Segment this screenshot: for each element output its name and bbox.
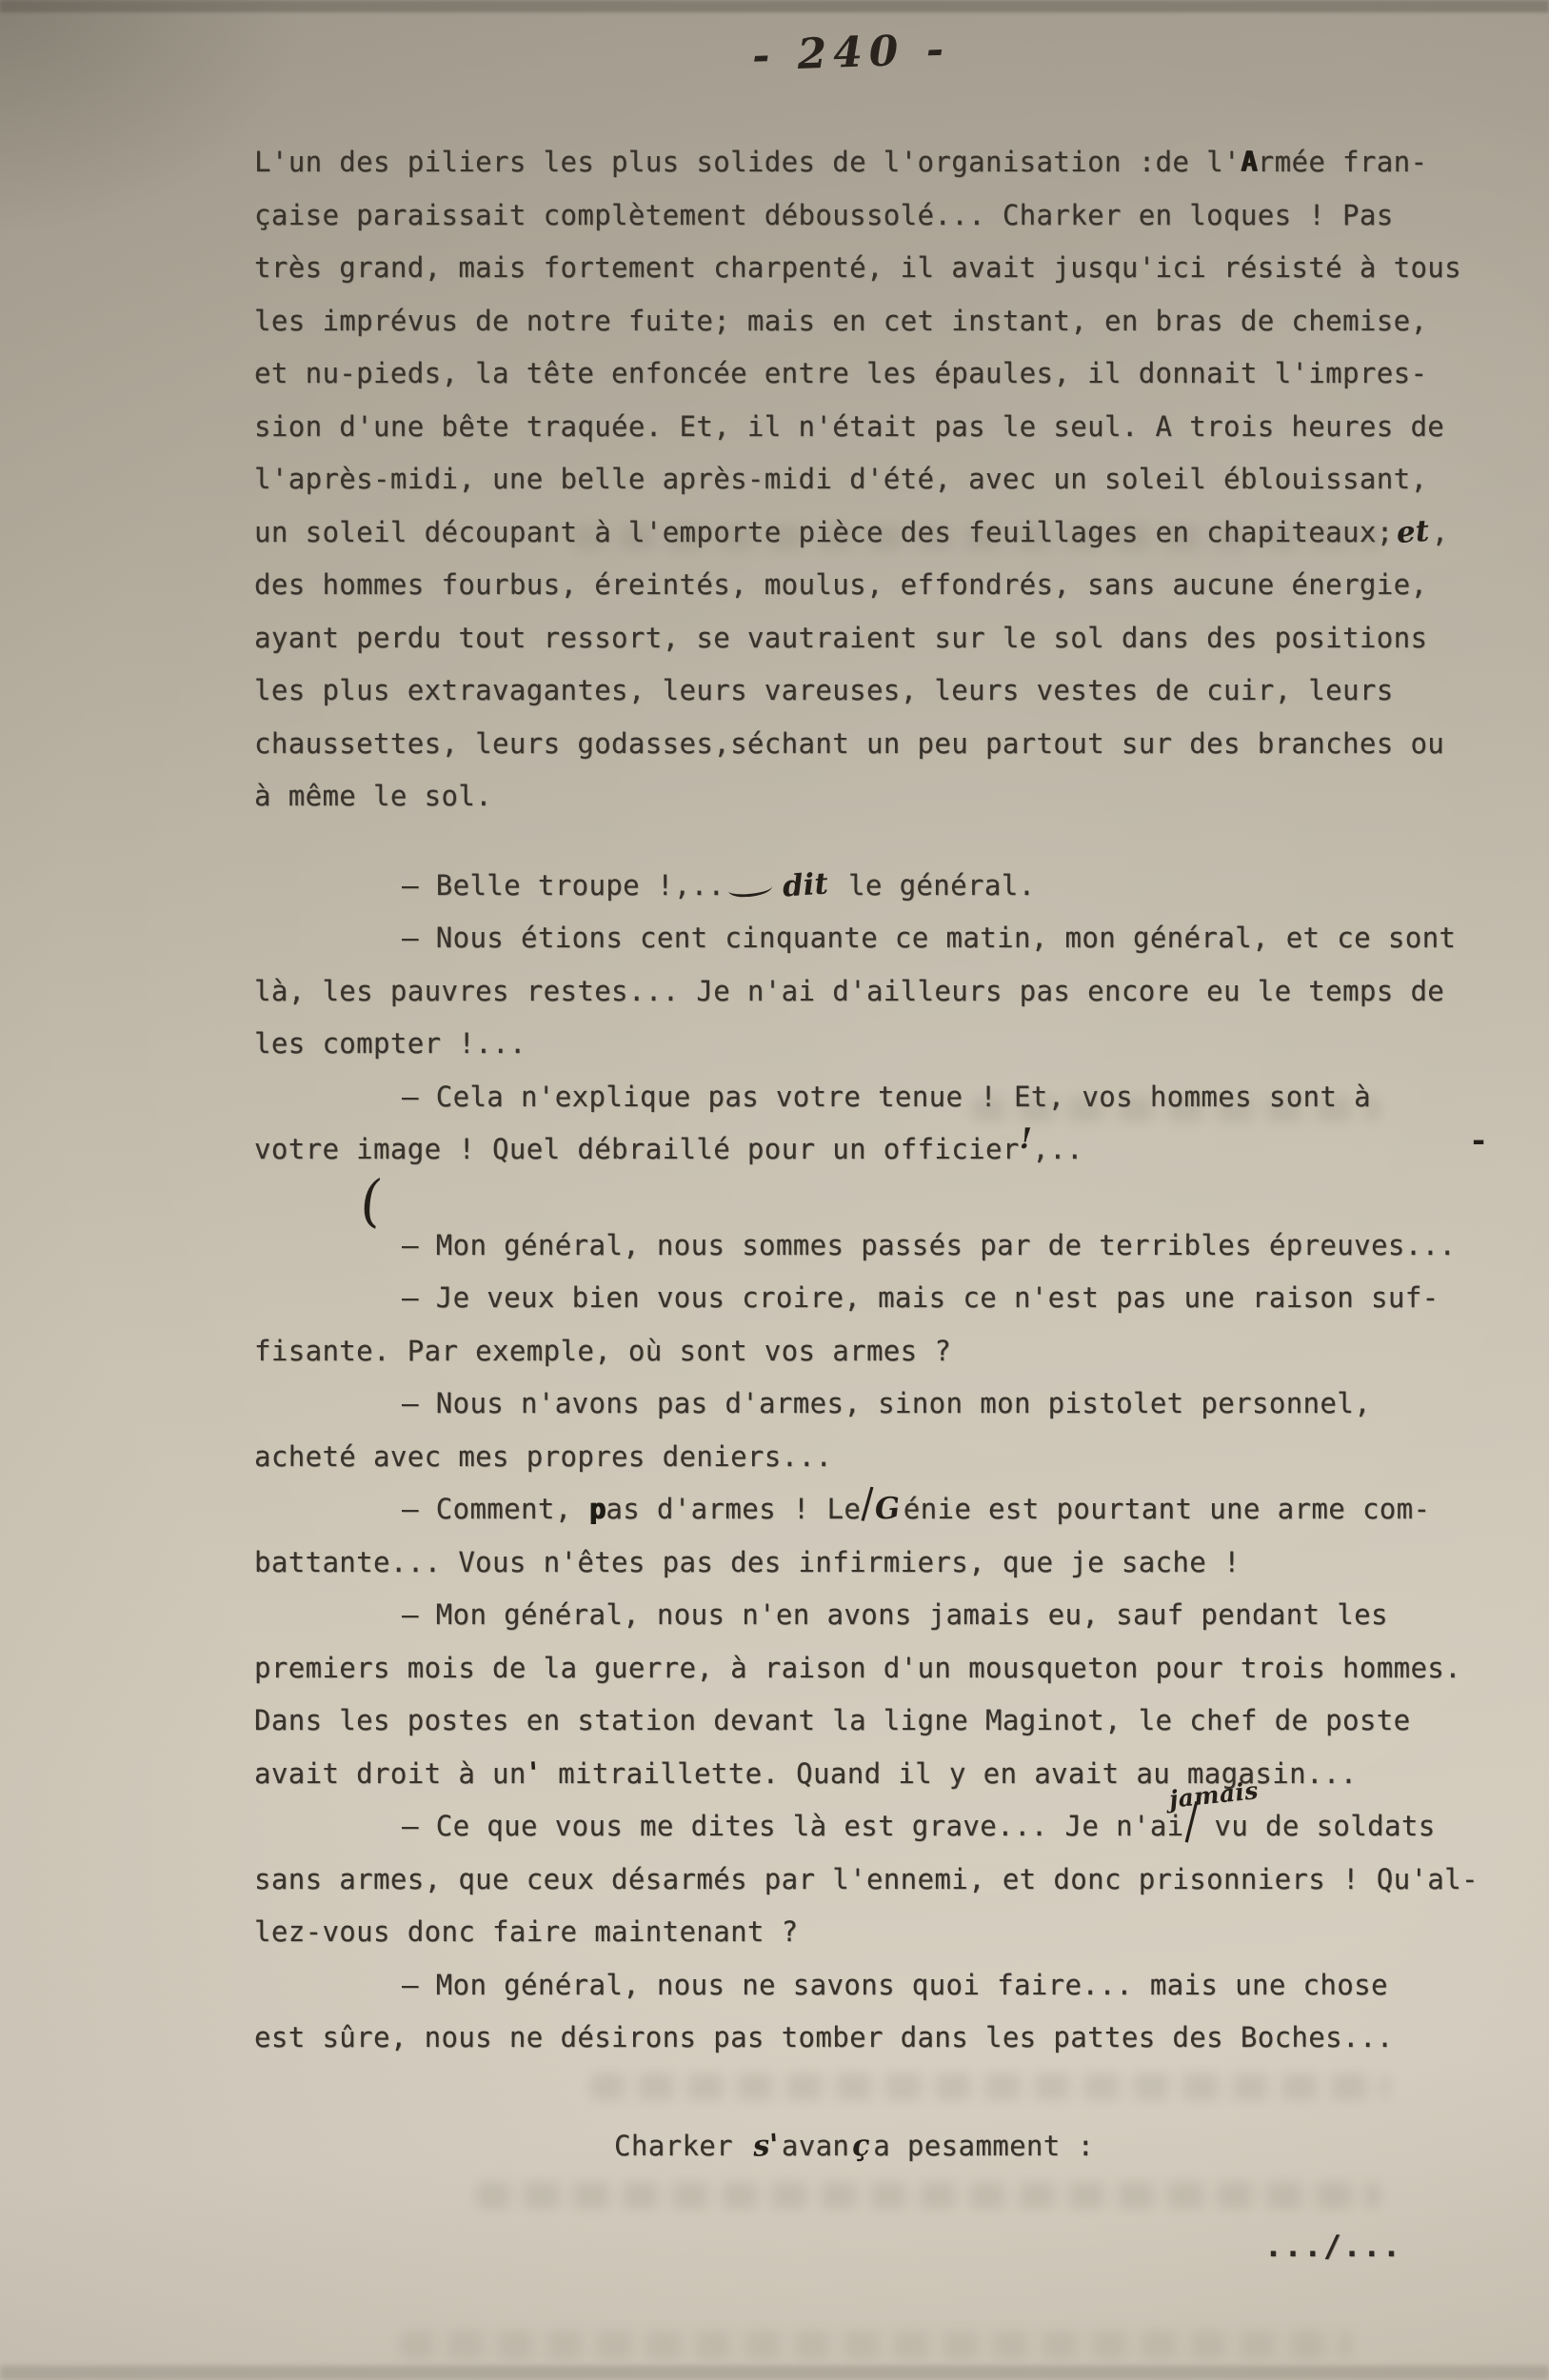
typed-text: – Mon général, nous n'en avons jamais eu…: [402, 1598, 1388, 1631]
typed-text: Dans les postes en station devant la lig…: [254, 1704, 1410, 1736]
typed-text: lez-vous donc faire maintenant ?: [254, 1915, 799, 1948]
typed-text: ,..: [1032, 1133, 1083, 1165]
paper-background: - 240 - L'un des piliers les plus solide…: [0, 0, 1549, 2380]
typed-text: – Cela n'explique pas votre tenue ! Et, …: [402, 1081, 1371, 1113]
text-line: – Mon général, nous n'en avons jamais eu…: [254, 1589, 1492, 1642]
page-number: - 240 -: [751, 25, 951, 80]
typed-text: a pesamment :: [873, 2130, 1094, 2162]
typed-text: – Nous n'avons pas d'armes, sinon mon pi…: [402, 1387, 1371, 1419]
handwritten-correction: et: [1392, 505, 1434, 560]
typed-text: à même le sol.: [254, 780, 492, 812]
handwritten-correction: G: [870, 1482, 904, 1537]
text-line: – Je veux bien vous croire, mais ce n'es…: [254, 1272, 1492, 1325]
typed-text: ayant perdu tout ressort, se vautraient …: [254, 622, 1427, 654]
text-line: chaussettes, leurs godasses,séchant un p…: [254, 718, 1492, 771]
text-line: – Mon général, nous ne savons quoi faire…: [254, 1959, 1492, 2013]
text-line: – Nous étions cent cinquante ce matin, m…: [254, 912, 1492, 965]
text-line: – Ce que vous me dites là est grave... J…: [254, 1800, 1492, 1854]
text-line: les plus extravagantes, leurs vareuses, …: [254, 664, 1492, 718]
typed-text: les plus extravagantes, leurs vareuses, …: [254, 674, 1394, 706]
typed-text: – Belle troupe !,..: [402, 869, 725, 902]
text-line: les compter !...: [254, 1018, 1492, 1071]
typed-text: très grand, mais fortement charpenté, il…: [254, 251, 1461, 284]
typed-text: le général.: [831, 869, 1035, 902]
typed-text: – Nous étions cent cinquante ce matin, m…: [402, 922, 1456, 954]
typed-text: rmée fran-: [1258, 146, 1428, 178]
text-line: çaise paraissait complètement déboussolé…: [254, 189, 1492, 243]
bleed-through-smudge: [400, 2330, 1352, 2359]
typed-text: Charker: [614, 2130, 750, 2162]
text-line: – Cela n'explique pas votre tenue ! Et, …: [254, 1071, 1492, 1124]
text-line: – Mon général, nous sommes passés par de…: [254, 1220, 1492, 1273]
text-line: très grand, mais fortement charpenté, il…: [254, 242, 1492, 295]
handwritten-correction: ç: [847, 2119, 875, 2173]
text-line: un soleil découpant à l'emporte pièce de…: [254, 506, 1492, 560]
text-line: – Nous n'avons pas d'armes, sinon mon pi…: [254, 1378, 1492, 1431]
typed-text: – Mon général, nous ne savons quoi faire…: [402, 1969, 1388, 2001]
text-line: L'un des piliers les plus solides de l'o…: [254, 136, 1492, 189]
typed-text: l'après-midi, une belle après-midi d'été…: [254, 463, 1427, 495]
typed-text: là, les pauvres restes... Je n'ai d'aill…: [254, 975, 1444, 1007]
text-line: des hommes fourbus, éreintés, moulus, ef…: [254, 559, 1492, 612]
text-line: ayant perdu tout ressort, se vautraient …: [254, 612, 1492, 665]
bleed-through-smudge: [476, 2182, 1380, 2209]
typed-text: les compter !...: [254, 1027, 526, 1060]
text-line: premiers mois de la guerre, à raison d'u…: [254, 1642, 1492, 1696]
inserted-word: jamais: [1166, 1764, 1261, 1826]
text-line: est sûre, nous ne désirons pas tomber da…: [254, 2012, 1492, 2065]
strikeout-scribble: [728, 879, 773, 897]
text-line: sans armes, que ceux désarmés par l'enne…: [254, 1854, 1492, 1907]
typed-text: avan: [782, 2130, 849, 2162]
typescript-page: { "page": { "number": "- 240 -", "contin…: [0, 0, 1549, 2380]
typed-text: battante... Vous n'êtes pas des infirmie…: [254, 1546, 1241, 1578]
typed-text: – Ce que vous me dites là est grave... J…: [402, 1810, 1184, 1842]
text-line: les imprévus de notre fuite; mais en cet…: [254, 295, 1492, 348]
text-line: sion d'une bête traquée. Et, il n'était …: [254, 401, 1492, 454]
typed-text: avait droit à un: [254, 1757, 526, 1790]
typed-text: – Je veux bien vous croire, mais ce n'es…: [402, 1281, 1439, 1314]
text-line: Dans les postes en station devant la lig…: [254, 1695, 1492, 1748]
typed-text: sans armes, que ceux désarmés par l'enne…: [254, 1863, 1479, 1895]
handwritten-correction: ': [525, 1747, 543, 1800]
overstruck-letter: A: [1241, 146, 1258, 178]
typed-text: premiers mois de la guerre, à raison d'u…: [254, 1652, 1461, 1684]
typed-text: acheté avec mes propres deniers...: [254, 1440, 832, 1473]
text-line: battante... Vous n'êtes pas des infirmie…: [254, 1537, 1492, 1590]
typed-text: chaussettes, leurs godasses,séchant un p…: [254, 727, 1444, 760]
typed-text: est sûre, nous ne désirons pas tomber da…: [254, 2021, 1394, 2053]
text-line: fisante. Par exemple, où sont vos armes …: [254, 1325, 1492, 1378]
text-line: – Comment, pas d'armes ! Le/Génie est po…: [254, 1483, 1492, 1537]
paper-edge-bottom: [0, 2366, 1549, 2380]
insertion-caret: /jamais: [1184, 1800, 1198, 1854]
typed-text: un soleil découpant à l'emporte pièce de…: [254, 516, 1394, 548]
typed-text: L'un des piliers les plus solides de l'o…: [254, 146, 1241, 178]
text-line: votre image ! Quel débraillé pour un off…: [254, 1123, 1492, 1177]
typed-text: les imprévus de notre fuite; mais en cet…: [254, 305, 1427, 337]
text-line: à même le sol.: [254, 770, 1492, 823]
text-line: lez-vous donc faire maintenant ?: [254, 1906, 1492, 1959]
text-line: – Belle troupe !,..dit le général.: [254, 860, 1492, 913]
text-line: et nu-pieds, la tête enfoncée entre les …: [254, 347, 1492, 401]
raised-exclamation: !: [1020, 1113, 1033, 1166]
typed-text: fisante. Par exemple, où sont vos armes …: [254, 1335, 951, 1367]
handwritten-correction: s': [748, 2118, 784, 2173]
handwritten-correction: dit: [778, 858, 833, 914]
text-line: Charker s'avança pesamment :: [254, 2120, 1492, 2173]
text-line: avait droit à un' mitraillette. Quand il…: [254, 1748, 1492, 1801]
typed-text: – Comment,: [402, 1493, 588, 1525]
continuation-mark: .../...: [1264, 2230, 1402, 2264]
typed-text: ,: [1432, 516, 1449, 548]
paper-edge-top: [0, 0, 1549, 12]
body-text: L'un des piliers les plus solides de l'o…: [254, 136, 1492, 2172]
typed-text: çaise paraissait complètement déboussolé…: [254, 199, 1394, 231]
typed-text: des hommes fourbus, éreintés, moulus, ef…: [254, 568, 1427, 601]
typed-text: – Mon général, nous sommes passés par de…: [402, 1229, 1456, 1261]
text-line: l'après-midi, une belle après-midi d'été…: [254, 453, 1492, 506]
typed-text: énie est pourtant une arme com-: [904, 1493, 1431, 1525]
text-line: là, les pauvres restes... Je n'ai d'aill…: [254, 965, 1492, 1019]
margin-dash-annotation: -: [1472, 1121, 1485, 1160]
overstruck-letter: p: [588, 1493, 606, 1525]
typed-text: et nu-pieds, la tête enfoncée entre les …: [254, 357, 1427, 389]
typed-text: sion d'une bête traquée. Et, il n'était …: [254, 410, 1444, 443]
typed-text: as d'armes ! Le: [606, 1493, 861, 1525]
typed-text: votre image ! Quel débraillé pour un off…: [254, 1133, 1020, 1165]
